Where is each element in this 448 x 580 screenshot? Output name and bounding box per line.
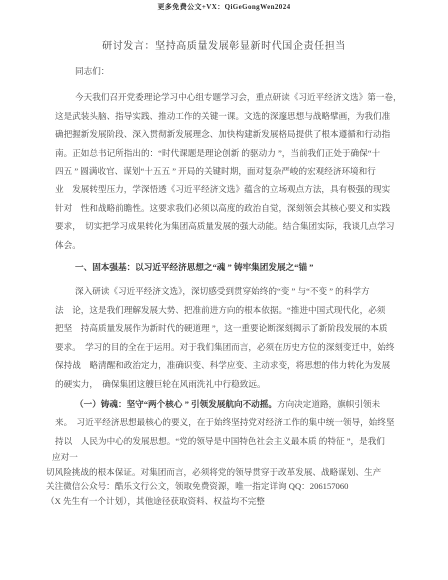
doc-line: （一）铸魂：坚守“两个核心 ” 引领发展航向不动摇。方向决定道路，旗帜引领未 — [55, 395, 402, 413]
doc-line: 持以 人民为中心的发展思想。“党的领导是中国特色社会主义最本质 的特征 ”，是我… — [55, 432, 402, 450]
doc-line: 针对 性和战略前瞻性。这要求我们必须以高度的政治自觉，深刻领会其核心要义和实践 — [55, 199, 402, 217]
doc-line: 确把握新发展阶段、深入贯彻新发展理念、加快构建新发展格局提供了根本遵循和行动指 — [55, 125, 402, 143]
doc-line: 把坚 持高质量发展作为新时代的硬道理 ”，这一重要论断深刻揭示了新阶段发展的本质 — [55, 319, 402, 337]
doc-line: 深入研读《习近平经济文选》，深切感受到贯穿始终的“变 ” 与“不变 ” 的科学方 — [55, 282, 402, 300]
section-heading-1: 一、固本强基：以习近平经济思想之“魂 ” 铸牢集团发展之“锚 ” — [55, 258, 402, 276]
paragraph-section-1: 深入研读《习近平经济文选》，深切感受到贯穿始终的“变 ” 与“不变 ” 的科学方… — [55, 282, 402, 392]
doc-line: 业 发展转型压力，学深悟透《习近平经济文选》蕴含的立场观点方法，具有极强的现实 — [55, 180, 402, 198]
doc-line: 保持战 略清醒和政治定力，准确识变、科学应变、主动求变，将思想的伟力转化为发展 — [55, 356, 402, 374]
doc-line: 南。正如总书记所指出的：“时代课题是理论创新 的驱动力 ”，当前我们正处于确保“… — [55, 144, 402, 162]
salutation: 同志们： — [55, 62, 402, 80]
doc-line: 来。 习近平经济思想最核心的要义，在于始终坚持党对经济工作的集中统一领导，始终坚 — [55, 413, 402, 431]
doc-line: 这是武装头脑、指导实践、推动工作的关键一课。文选的深邃思想与战略擘画，为我们准 — [55, 107, 402, 125]
watermark-text: 更多免费公文+VX：QiGeGongWen2024 — [0, 2, 448, 12]
doc-line: 要求， 切实把学习成果转化为集团高质量发展的强大动能。结合集团实际，我谈几点学习 — [55, 217, 402, 235]
subsection-lead-rest: 方向决定道路，旗帜引领未 — [277, 399, 380, 409]
doc-line: 要求。 学习的目的全在于运用。对于我们集团而言，必须在历史方位的深刻变迁中，始终 — [55, 338, 402, 356]
doc-line: 四五 ” 圆满收官、谋划“十五五 ” 开局的关键时期，面对复杂严峻的宏观经济环境… — [55, 162, 402, 180]
paragraph-intro: 今天我们召开党委理论学习中心组专题学习会，重点研读《习近平经济文选》第一卷， 这… — [55, 88, 402, 254]
doc-line: 应对一 — [46, 450, 402, 465]
footer-ad-block: 应对一 切风险挑战的根本保证。对集团而言，必须将党的领导贯穿于改革发展、战略谋划… — [46, 450, 402, 508]
document-body: 同志们： 今天我们召开党委理论学习中心组专题学习会，重点研读《习近平经济文选》第… — [55, 62, 402, 509]
paragraph-subsection-1: （一）铸魂：坚守“两个核心 ” 引领发展航向不动摇。方向决定道路，旗帜引领未 来… — [55, 395, 402, 450]
doc-line: 体会。 — [55, 236, 402, 254]
ad-line-wechat: 关注微信公众号：酷乐文行公文，领取免费资源，唯一指定详询 QQ：20615706… — [46, 479, 402, 494]
doc-line: 的硬实力， 确保集团这艘巨轮在风雨洗礼中行稳致远。 — [55, 375, 402, 393]
document-page: 更多免费公文+VX：QiGeGongWen2024 研讨发言：坚持高质量发展彰显… — [0, 0, 448, 580]
subsection-lead: （一）铸魂：坚守“两个核心 ” 引领发展航向不动摇。 — [75, 399, 277, 409]
doc-line: 切风险挑战的根本保证。对集团而言，必须将党的领导贯穿于改革发展、战略谋划、生产 — [46, 465, 402, 480]
doc-line: 今天我们召开党委理论学习中心组专题学习会，重点研读《习近平经济文选》第一卷， — [55, 88, 402, 106]
ad-line-note: （X 先生有一个计划），其他途径获取资料、权益均不完整 — [46, 494, 402, 509]
doc-line: 法 论，这是我们理解发展大势、把准前进方向的根本依据。“推进中国式现代化，必须 — [55, 301, 402, 319]
document-title: 研讨发言：坚持高质量发展彰显新时代国企责任担当 — [0, 37, 448, 52]
